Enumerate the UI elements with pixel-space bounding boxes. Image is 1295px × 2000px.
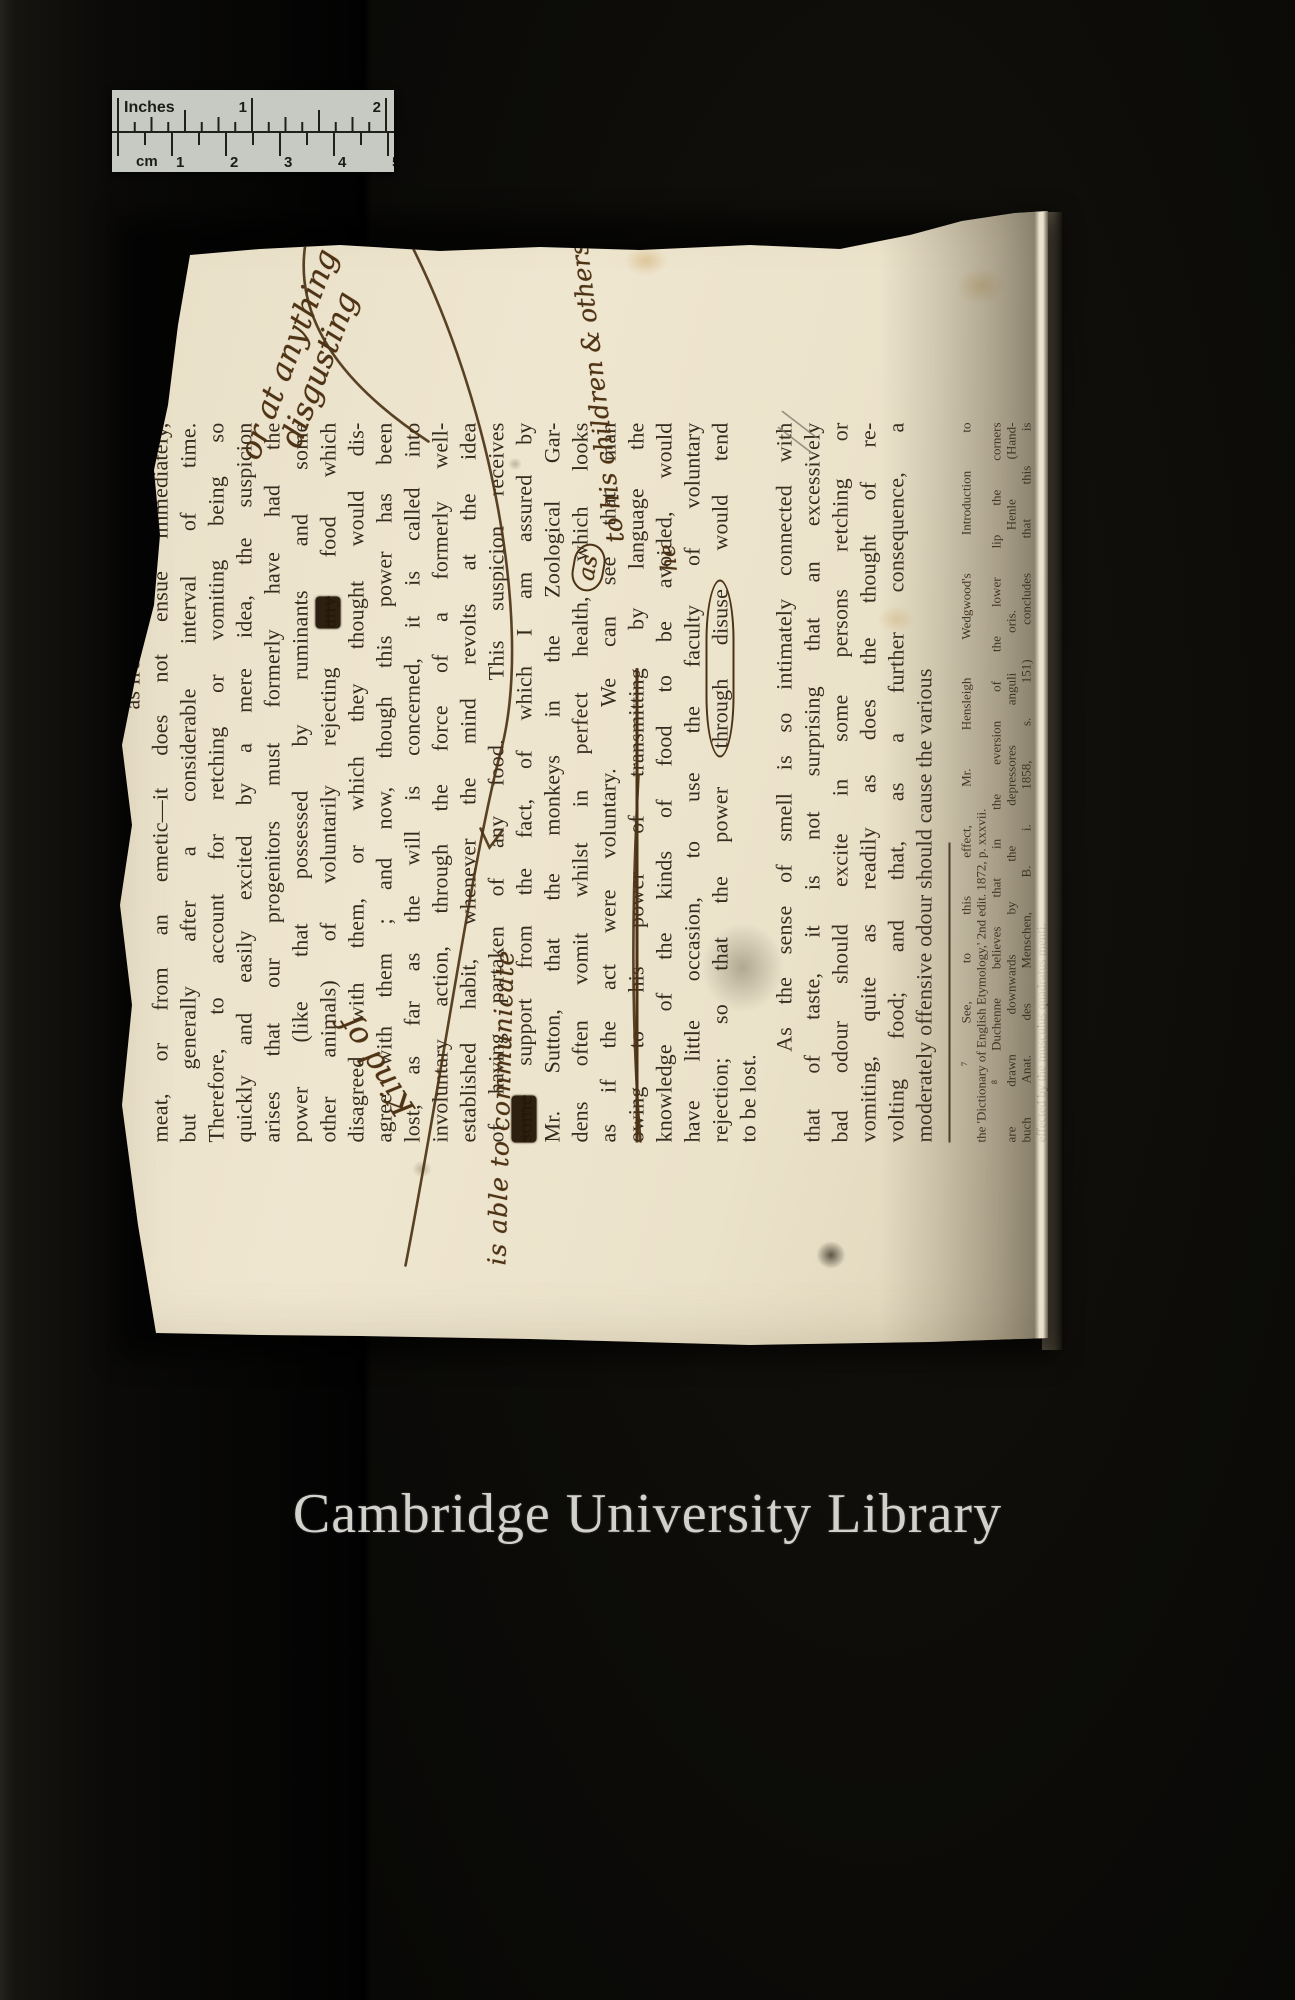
- svg-text:5: 5: [392, 154, 394, 171]
- proof-sheet-page: as from too rich food, or taintedmeat, o…: [110, 205, 1048, 1345]
- svg-text:2: 2: [373, 99, 381, 116]
- svg-text:4: 4: [338, 154, 347, 171]
- svg-text:3: 3: [284, 154, 292, 171]
- rotated-page-content: as from too rich food, or taintedmeat, o…: [110, 223, 1048, 1328]
- svg-text:1: 1: [239, 99, 247, 116]
- ruler-cm-label: cm: [136, 153, 158, 170]
- ruler-inches-label: Inches: [124, 99, 175, 116]
- ink-marks-overlay: [110, 223, 1048, 1328]
- annotation-he-insert: he: [655, 543, 683, 573]
- pencil-mark: [778, 428, 812, 454]
- svg-text:1: 1: [176, 154, 184, 171]
- library-watermark: Cambridge University Library: [0, 1482, 1295, 1546]
- svg-text:2: 2: [230, 154, 238, 171]
- measurement-ruler: Inches cm 1212345: [112, 90, 394, 172]
- strikethrough-sweep: [633, 776, 640, 1142]
- library-scan-viewer: Inches cm 1212345 as from too rich food,…: [0, 0, 1295, 2000]
